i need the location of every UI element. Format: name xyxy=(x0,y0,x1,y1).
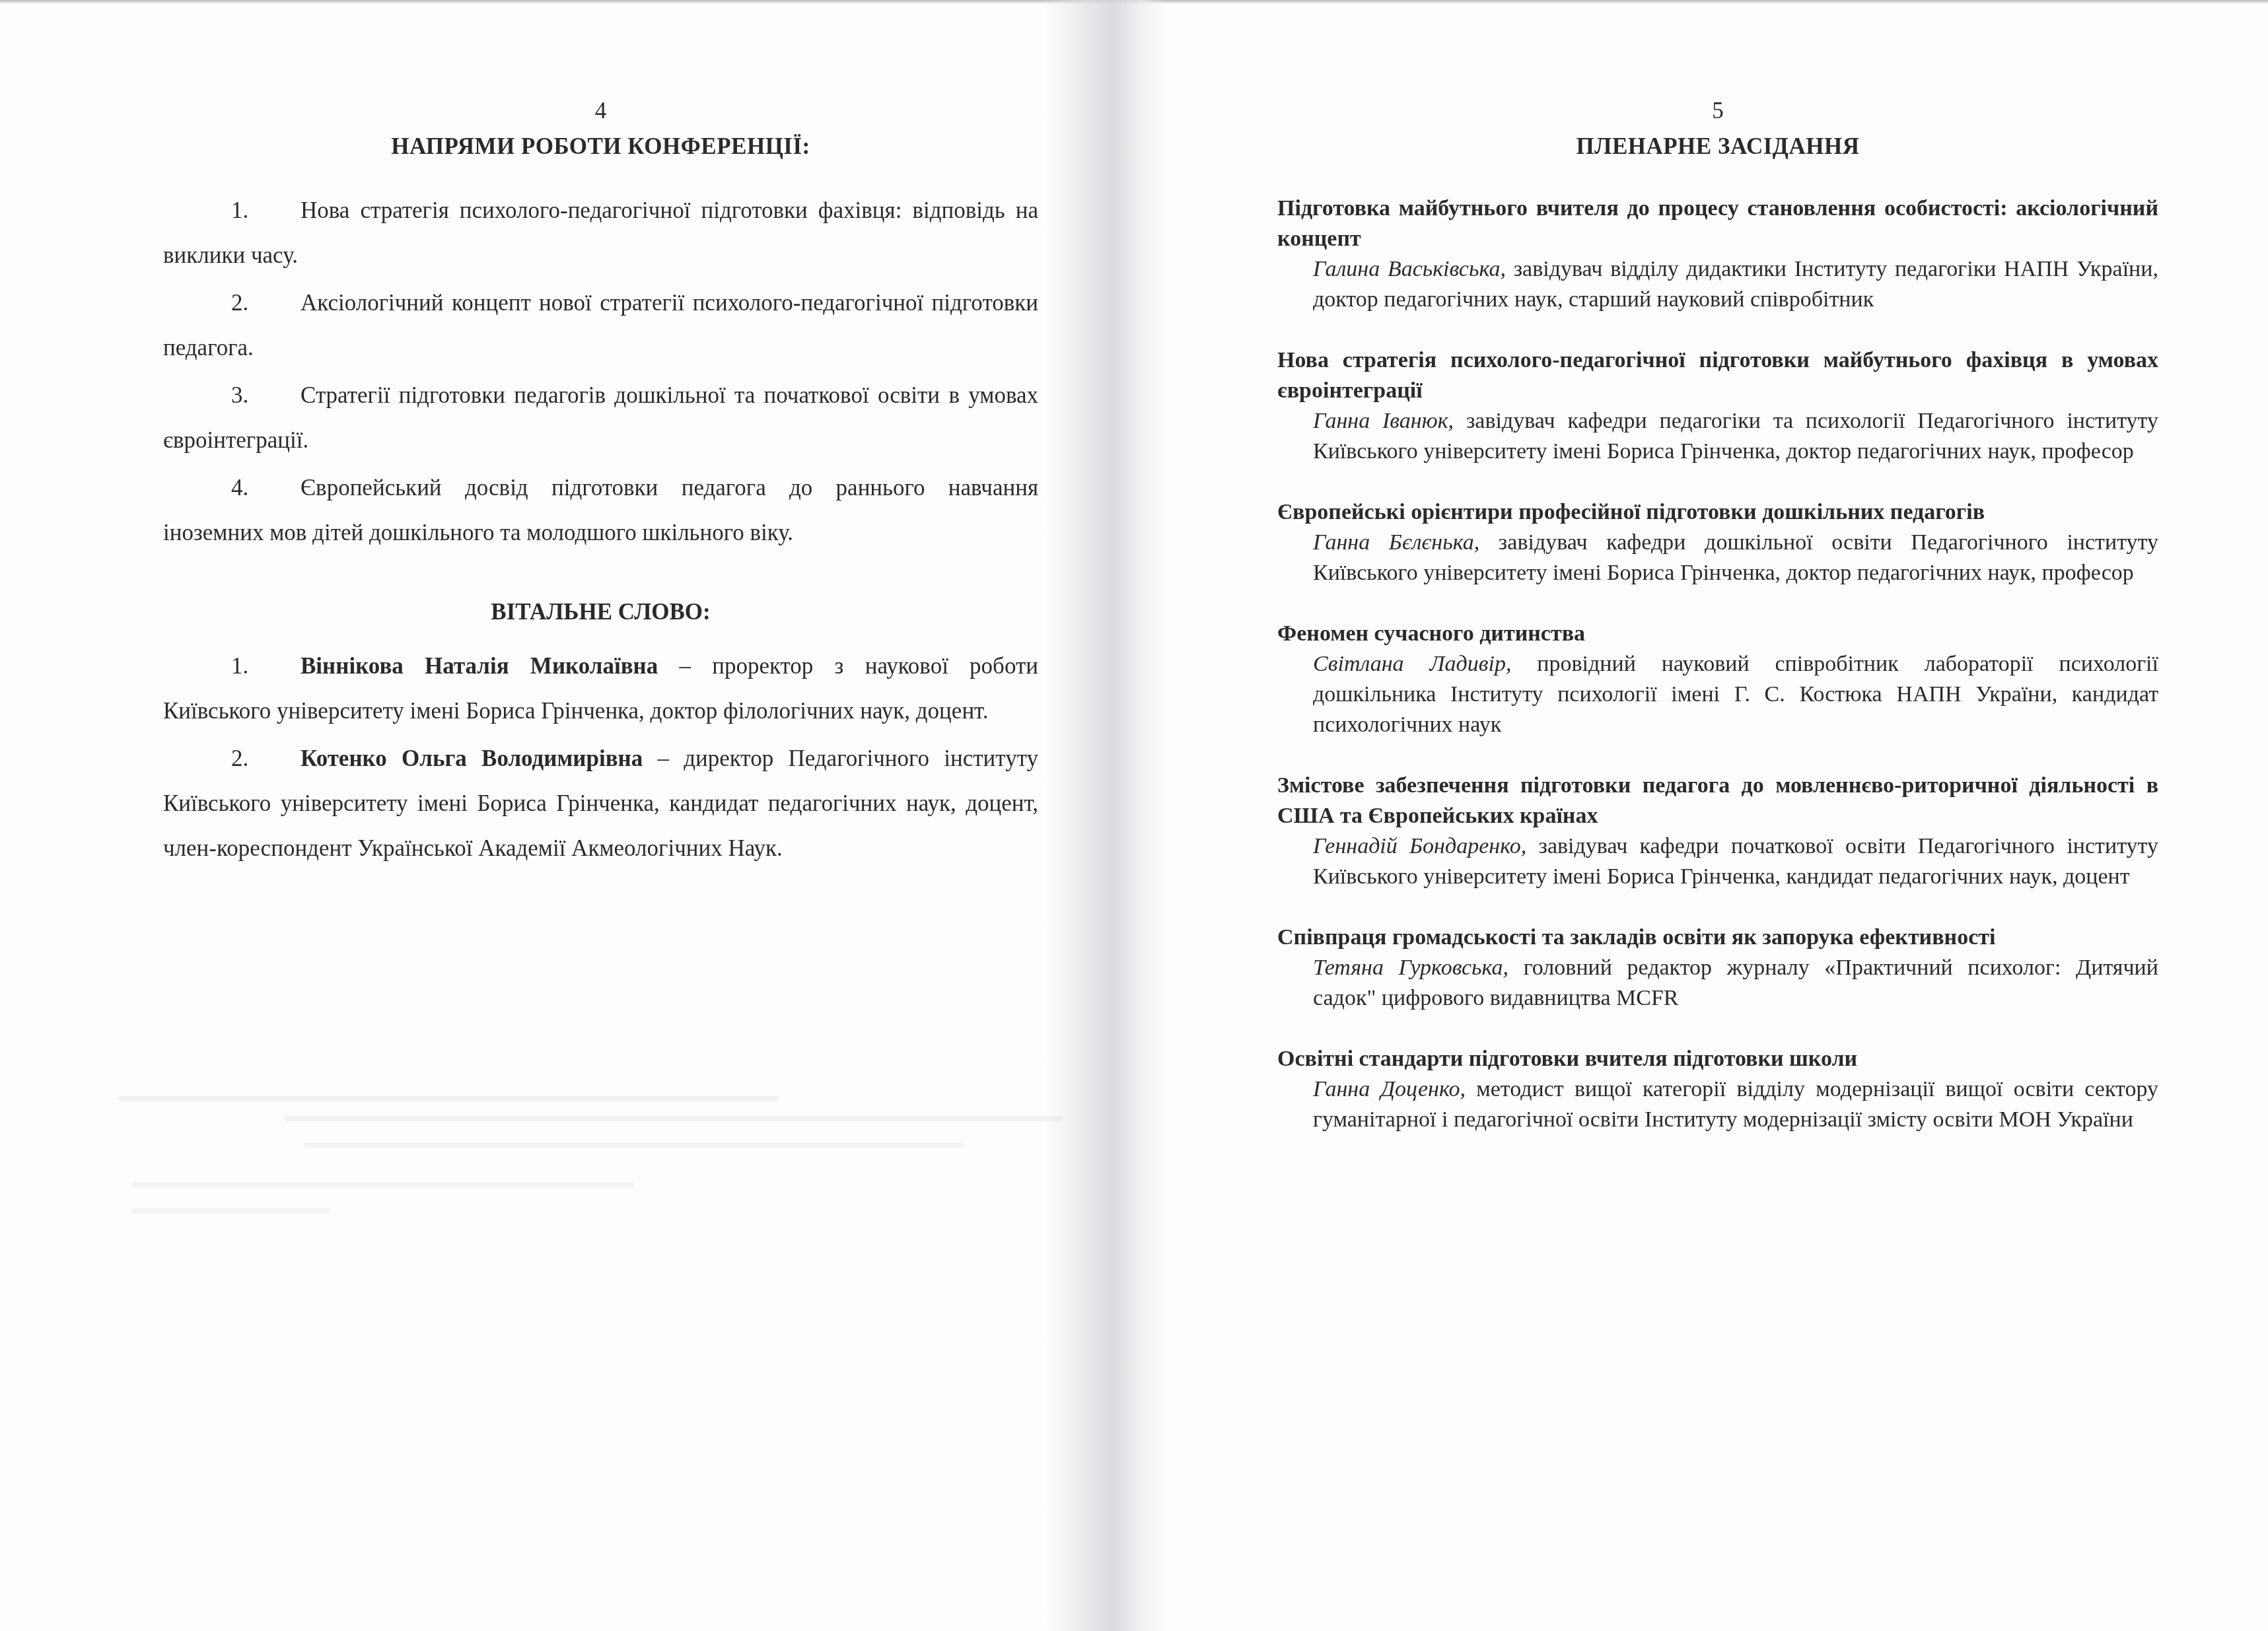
program-entry: Співпраця громадськості та закладів осві… xyxy=(1277,922,2158,1014)
welcome-list: 1.Віннікова Наталія Миколаївна – прорект… xyxy=(163,644,1038,874)
talk-speaker: Ганна Іванюк, завідувач кафедри педагогі… xyxy=(1277,406,2158,467)
section-title-plenary: ПЛЕНАРНЕ ЗАСІДАННЯ xyxy=(1277,132,2158,161)
talk-title: Європейські орієнтири професійної підгот… xyxy=(1277,497,2158,528)
bleed-through-mark xyxy=(132,1182,634,1187)
program-entry: Підготовка майбутнього вчителя до процес… xyxy=(1277,193,2158,315)
speaker-name: Віннікова Наталія Миколаївна xyxy=(301,653,658,679)
welcome-item: 2.Котенко Ольга Володимирівна – директор… xyxy=(163,736,1038,871)
talk-title: Підготовка майбутнього вчителя до процес… xyxy=(1277,193,2158,254)
speaker-name: Ганна Бєлєнька, xyxy=(1313,530,1479,555)
talk-title: Освітні стандарти підготовки вчителя під… xyxy=(1277,1044,2158,1074)
plenary-program: Підготовка майбутнього вчителя до процес… xyxy=(1277,193,2158,1165)
speaker-name: Тетяна Гурковська, xyxy=(1313,955,1508,980)
page-number: 4 xyxy=(163,98,1038,124)
item-number: 4. xyxy=(231,466,301,510)
talk-speaker: Ганна Доценко, методист вищої категорії … xyxy=(1277,1074,2158,1135)
bleed-through-mark xyxy=(132,1208,330,1214)
welcome-item: 1.Віннікова Наталія Миколаївна – прорект… xyxy=(163,644,1038,734)
speaker-name: Ганна Доценко, xyxy=(1313,1077,1466,1101)
talk-speaker: Ганна Бєлєнька, завідувач кафедри дошкіл… xyxy=(1277,528,2158,588)
section-title-directions: НАПРЯМИ РОБОТИ КОНФЕРЕНЦІЇ: xyxy=(163,132,1038,161)
speaker-name: Галина Васьківська, xyxy=(1313,257,1506,281)
bleed-through-mark xyxy=(119,1096,779,1101)
direction-item: 4.Європейський досвід підготовки педагог… xyxy=(163,466,1038,555)
talk-speaker: Геннадій Бондаренко, завідувач кафедри п… xyxy=(1277,831,2158,892)
book-fold-shadow xyxy=(1044,0,1169,1631)
item-number: 3. xyxy=(231,373,301,418)
item-number: 1. xyxy=(231,188,301,233)
program-entry: Освітні стандарти підготовки вчителя під… xyxy=(1277,1044,2158,1135)
program-entry: Нова стратегія психолого-педагогічної пі… xyxy=(1277,345,2158,467)
talk-speaker: Світлана Ладивір, провідний науковий спі… xyxy=(1277,649,2158,740)
talk-speaker: Галина Васьківська, завідувач відділу ди… xyxy=(1277,254,2158,315)
talk-title: Феномен сучасного дитинства xyxy=(1277,619,2158,649)
page-number: 5 xyxy=(1277,98,2158,124)
bleed-through-mark xyxy=(304,1142,964,1148)
item-number: 1. xyxy=(231,644,301,689)
bleed-through-mark xyxy=(284,1116,1063,1121)
talk-title: Нова стратегія психолого-педагогічної пі… xyxy=(1277,345,2158,406)
speaker-name: Геннадій Бондаренко, xyxy=(1313,834,1526,858)
direction-item: 1.Нова стратегія психолого-педагогічної … xyxy=(163,188,1038,278)
program-entry: Змістове забезпечення підготовки педагог… xyxy=(1277,771,2158,892)
speaker-name: Ганна Іванюк, xyxy=(1313,409,1454,433)
section-title-welcome: ВІТАЛЬНЕ СЛОВО: xyxy=(163,598,1038,627)
speaker-name: Світлана Ладивір, xyxy=(1313,652,1511,676)
talk-speaker: Тетяна Гурковська, головний редактор жур… xyxy=(1277,953,2158,1014)
directions-list: 1.Нова стратегія психолого-педагогічної … xyxy=(163,188,1038,558)
program-entry: Феномен сучасного дитинства Світлана Лад… xyxy=(1277,619,2158,740)
talk-title: Співпраця громадськості та закладів осві… xyxy=(1277,922,2158,953)
item-number: 2. xyxy=(231,736,301,781)
speaker-name: Котенко Ольга Володимирівна xyxy=(301,746,643,771)
item-number: 2. xyxy=(231,281,301,326)
talk-title: Змістове забезпечення підготовки педагог… xyxy=(1277,771,2158,831)
direction-item: 3.Стратегії підготовки педагогів дошкіль… xyxy=(163,373,1038,463)
program-entry: Європейські орієнтири професійної підгот… xyxy=(1277,497,2158,588)
direction-item: 2.Аксіологічний концепт нової стратегії … xyxy=(163,281,1038,370)
